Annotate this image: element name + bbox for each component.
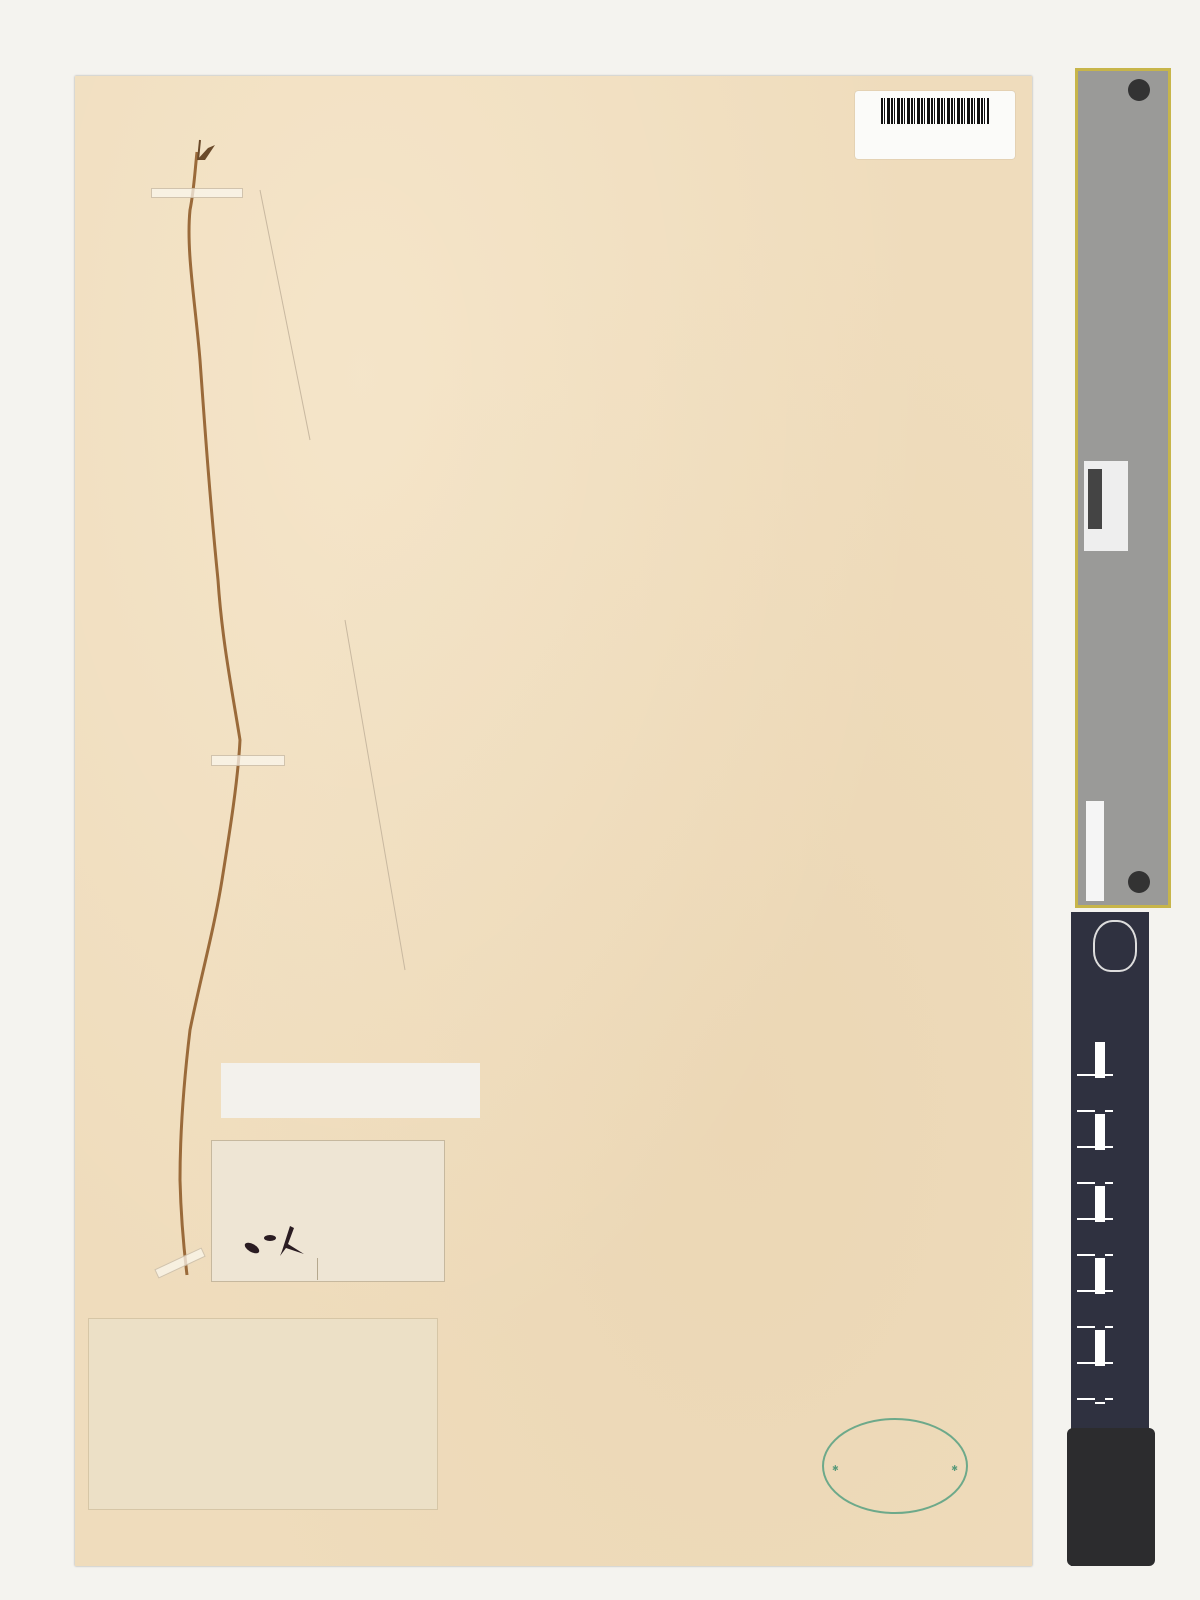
colorchecker-card xyxy=(1067,1428,1155,1566)
color-calibration-chart xyxy=(1075,68,1171,908)
mounting-strap xyxy=(151,188,243,198)
star-icon: ✱ xyxy=(832,1464,839,1473)
chart-dot xyxy=(1128,871,1150,893)
detached-flower-fragments xyxy=(242,1216,312,1266)
fragment-packet xyxy=(211,1140,445,1282)
original-collection-label xyxy=(88,1318,438,1510)
barcode xyxy=(881,98,989,124)
chart-dot xyxy=(1128,79,1150,101)
mounting-strap xyxy=(211,755,285,766)
chart-id xyxy=(1086,801,1104,901)
star-icon: ✱ xyxy=(951,1464,958,1473)
determination-label xyxy=(221,1063,480,1118)
royal-crest-icon xyxy=(1093,920,1137,972)
kew-accession-stamp: ✱ ✱ xyxy=(822,1418,968,1514)
barcode-label xyxy=(855,91,1015,159)
resolution-target xyxy=(1084,461,1128,551)
